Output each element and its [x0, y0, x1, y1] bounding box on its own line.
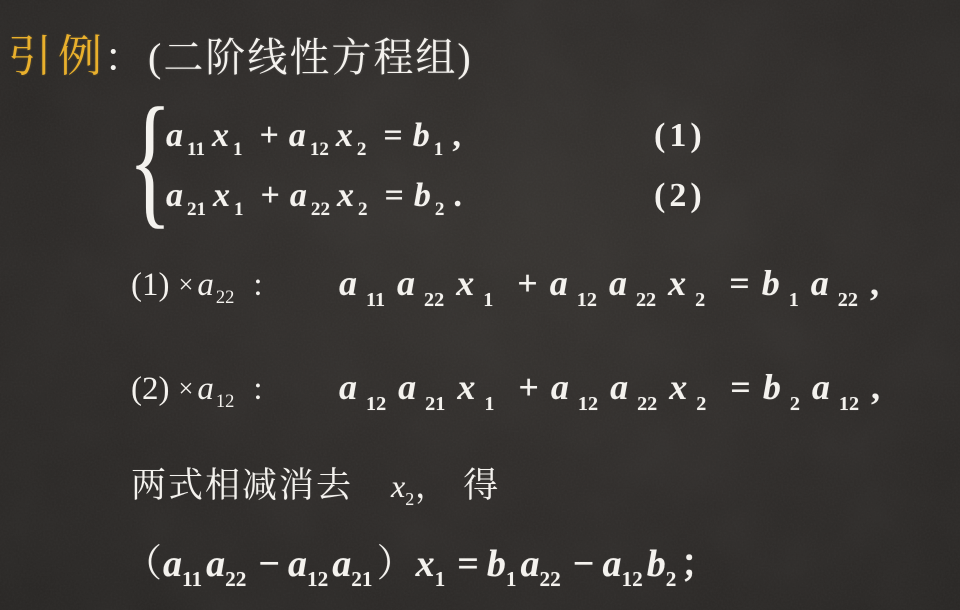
elimination-variable: x2，: [391, 461, 447, 507]
step-multiply-eq2: (2)×a12: a12a21x1+a12a22x2=b2a12,: [131, 366, 888, 408]
elimination-line: 两式相减消去 x2， 得: [131, 458, 500, 508]
title-topic: (二阶线性方程组): [148, 26, 473, 83]
title-lead: 引例: [8, 20, 108, 84]
result-formula: （a11a22−a12a21）x1=b1a22−a12b2；: [124, 543, 719, 585]
system-equations: a11x1+a12x2=b1, (1) a21x1+a22x2=b2. (2): [166, 100, 469, 230]
equation-row-2: a21x1+a22x2=b2. (2): [166, 170, 469, 230]
equation-2-formula: a21x1+a22x2=b2.: [166, 177, 469, 214]
equation-system: { a11x1+a12x2=b1, (1) a21x1+a22x2=b2. (2…: [132, 100, 469, 230]
title-colon: ：: [104, 26, 144, 83]
step-2-equation: a12a21x1+a12a22x2=b2a12,: [339, 366, 888, 408]
step-2-prefix: (2)×a12:: [131, 371, 339, 408]
equation-row-1: a11x1+a12x2=b1, (1): [166, 110, 469, 170]
slide-title: 引例 ： (二阶线性方程组): [8, 20, 473, 84]
lecture-slide: 引例 ： (二阶线性方程组) { a11x1+a12x2=b1, (1) a21…: [0, 0, 960, 610]
equation-1-formula: a11x1+a12x2=b1,: [166, 117, 468, 154]
elimination-suffix: 得: [463, 458, 500, 508]
step-1-equation: a11a22x1+a12a22x2=b1a22,: [339, 262, 887, 304]
step-1-prefix: (1)×a22:: [131, 267, 339, 304]
elimination-text: 两式相减消去: [131, 458, 353, 508]
step-multiply-eq1: (1)×a22: a11a22x1+a12a22x2=b1a22,: [131, 262, 887, 304]
equation-1-label: (1): [654, 110, 706, 162]
equation-2-label: (2): [654, 170, 706, 222]
result-line: （a11a22−a12a21）x1=b1a22−a12b2；: [124, 532, 719, 587]
